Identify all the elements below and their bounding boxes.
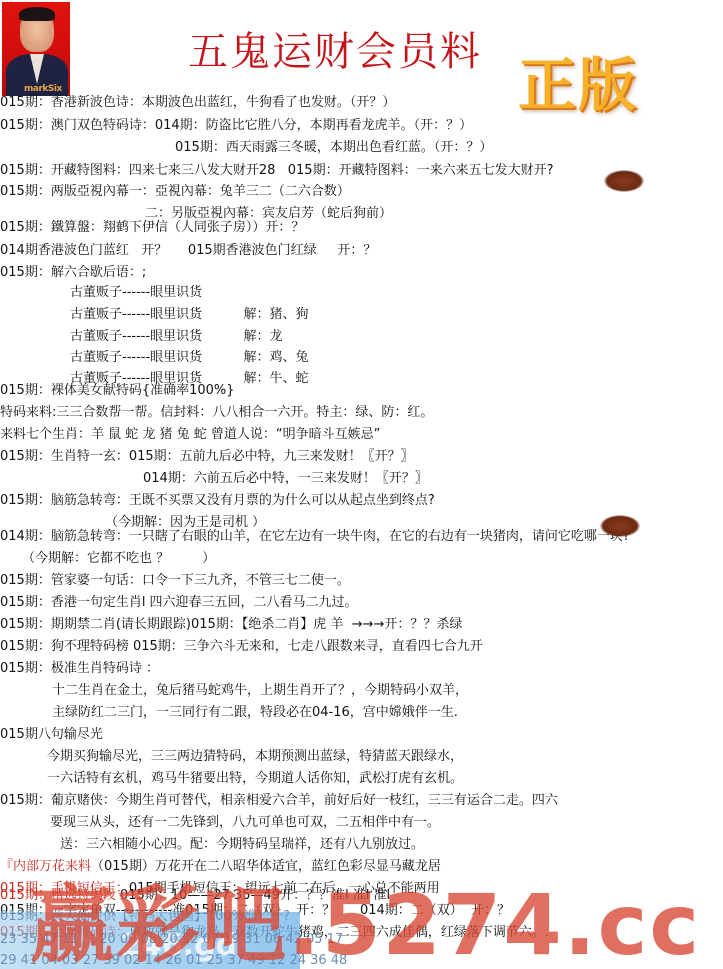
text-line: 古董贩子------眼里识货 解：鸡、兔 xyxy=(70,349,308,367)
text-line: 古董贩子------眼里识货 解：龙 xyxy=(70,328,282,346)
authentic-stamp: 正版 xyxy=(518,50,638,120)
text-line: 015期：管家婆一句话：口令一下三九齐，不管三七二使一。 xyxy=(0,572,350,590)
text-line: 015期：澳门双色特码诗：014期：防盗比它胜八分，本期再看龙虎羊。（开：？） xyxy=(0,117,472,135)
text-line: 015期八句输尽光 xyxy=(0,726,103,744)
text-line: 一六话特有玄机，鸡马牛猪要出特，今期道人话你知，武松打虎有玄机。 xyxy=(47,770,463,788)
page-title: 五鬼运财会员料 xyxy=(188,28,482,76)
text-line: 014期香港波色门蓝红 开？ 015期香港波色门红绿 开：？ xyxy=(0,242,376,260)
text-line: 特码来料:三三合数帮一帮。信封料：八八相合一六开。特主：绿、防：红。 xyxy=(0,404,433,422)
decorative-blot-icon xyxy=(600,515,640,537)
text-line: 015期：脑筋急转弯：王既不买票又没有月票的为什么可以从起点坐到终点? xyxy=(0,492,435,510)
member-photo: markSix xyxy=(2,2,70,96)
text-line: 015期：两版亞視內幕一：亞視內幕：兔羊三二（二六合数） xyxy=(0,183,350,201)
text-line: 015期：香港新波色诗：本期波色出蓝红，牛狗看了也发财。（开？） xyxy=(0,94,395,112)
text-line: 015期：狗不理特码榜 015期：三争六斗无来和，七走八跟数来寻，直看四七合九开 xyxy=(0,638,483,656)
line-text: （015期）万花开在二八昭华体适宜，蓝红色彩尽显马藏龙居 xyxy=(91,859,441,874)
text-line: 主绿防红二三门，一三同行有二跟，特段必在04-16，宫中嫦娥伴一生. xyxy=(52,704,458,722)
photo-hair xyxy=(19,7,55,21)
text-line: 送：三六相随小心四。配：今期特码呈瑞祥，还有八九别放过。 xyxy=(60,836,424,854)
text-line: 015期：极准生肖特码诗 ： xyxy=(0,660,159,678)
text-line: 015期：鐵算盤：翔鹤下伊信（人同张子房））开：？ xyxy=(0,219,304,237)
watermark: 赢彩吧.5274.cc xyxy=(30,880,701,969)
text-line: 今期买狗输尽光，三三两边猜特码，本期预测出蓝绿，特猜蓝天跟绿水， xyxy=(47,748,463,766)
text-line: 015期：开藏特图料：四来七来三八发大财开28 015期：开藏特图料：一来六来五… xyxy=(0,162,553,180)
text-line: 014期：脑筋急转弯：一只瞎了右眼的山羊，在它左边有一块牛肉，在它的右边有一块猪… xyxy=(0,528,630,546)
text-line: 来料七个生肖：羊 鼠 蛇 龙 猪 兔 蛇 曾道人说：“明争暗斗互嫉忌” xyxy=(0,426,380,444)
text-line: 015期：香港一句定生肖l 四六迎春三五回，二八看马二九过。 xyxy=(0,594,358,612)
text-line: 要现三从头，还有一二先锋到，八九可单也可双，二五相伴中有一。 xyxy=(50,814,440,832)
text-line: （今期解：它都不吃也 ？ ） xyxy=(22,550,215,568)
text-line: 015期：解六合歇后语：; xyxy=(0,264,146,282)
text-line: 015期：期期禁二肖(请长期跟踪)015期：【绝杀二肖】虎 羊 →→→开：？？杀… xyxy=(0,616,462,634)
text-line: 十二生肖在金土，兔后猪马蛇鸡牛，上期生肖开了？，今期特码小双羊， xyxy=(52,682,468,700)
text-line: 014期：六前五后必中特，一三来发财！〖开？〗 xyxy=(143,470,428,488)
text-line: 015期：西天雨露三冬暖，本期出色看红蓝。（开：？） xyxy=(175,139,492,157)
text-line: 015期：生肖特一玄：015期：五前九后必中特，九三来发财！〖开？〗 xyxy=(0,448,414,466)
photo-logo: markSix xyxy=(24,84,62,94)
text-line: 『内部万花来料（015期）万花开在二八昭华体适宜，蓝红色彩尽显马藏龙居 xyxy=(0,858,441,876)
decorative-blot-icon xyxy=(604,170,644,192)
text-line: 015期：裸体美女献特码{准确率100%} xyxy=(0,382,235,400)
text-line: 015期：葡京赌侠：今期生肖可替代，相亲相爱六合羊，前好后好一枝红，三三有运合二… xyxy=(0,792,558,810)
text-line: 古董贩子------眼里识货 xyxy=(70,284,202,302)
text-line: 古董贩子------眼里识货 解：猪、狗 xyxy=(70,306,308,324)
red-label: 『内部万花来料 xyxy=(0,859,91,874)
